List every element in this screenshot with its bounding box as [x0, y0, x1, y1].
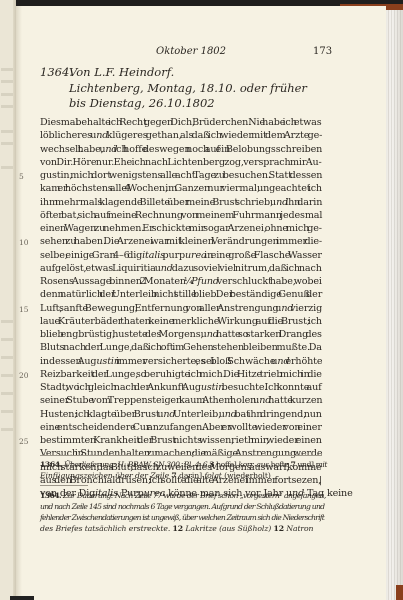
commentary-line: fehlender Zwischendatierungen ist ungewi… [40, 513, 324, 522]
text-segment: laue Kräuterbäder thaten keine merkliche… [40, 316, 322, 327]
body-line: Reizbarkeit der Lunge, so beruhigte ich … [40, 369, 322, 380]
footnote-divider [40, 455, 322, 456]
facing-page-text-fragment [1, 356, 13, 359]
text-segment: in eine große Flasche Wasser [207, 250, 322, 261]
text-segment: sehen zu haben. Die Arzenei war mit klei… [40, 236, 322, 247]
text-segment: ustin [96, 356, 119, 367]
commentary-divider [40, 485, 88, 486]
scanner-background-bottom [10, 596, 34, 600]
body-line: denn natürlich der Unterleib nicht still… [40, 289, 322, 300]
apparatus-line: Einfügungszeichen über der Zeile 7 darin… [40, 471, 271, 480]
text-segment: hofte [269, 460, 291, 469]
letter-number: 1364. [40, 65, 73, 79]
text-segment: selbe; einige Gran 4–6 dig [40, 250, 142, 261]
body-line: Luft, sanfte Bewegung, Entfernung von al… [40, 303, 322, 314]
text-segment: Natron [286, 524, 313, 533]
body-line: eine entscheidendere Cur anzufangen. Abe… [40, 422, 322, 433]
text-segment: Luft, sanfte Bewegung, Entfernung von al… [40, 303, 281, 314]
commentary-line: des Briefes tatsächlich erstreckte. 12 L… [40, 524, 313, 533]
text-segment: Diesmal behalte ich Recht gegen Dich, Br… [40, 117, 322, 128]
body-line: sehen zu haben. Die Arzenei war mit klei… [40, 236, 322, 247]
body-line: Stadt, wo ich gleich nach der Ankunft Au… [40, 382, 322, 393]
text-segment: von Dir. Höre nur. Ehe ich nach Lichtenb… [40, 157, 322, 168]
body-line: löblicheres und klügeres gethan, als daß… [40, 130, 322, 141]
text-segment: denn natürlich der Unterleib nicht still… [40, 289, 322, 300]
text-segment: darin] [177, 471, 205, 480]
text-segment: indessen Aug [40, 356, 96, 367]
text-segment: bestimmten Krankheit der Brust nichts wi… [40, 435, 322, 446]
text-segment: Überlieferung: H: BBAW, SN 300, Bl. 4–6 [64, 460, 207, 469]
text-segment: besuchte. Ich konnte auf [224, 382, 321, 393]
body-line: wechselt habe, und ich hoffe deswegen no… [40, 144, 322, 155]
body-line: Bluts nach der Lunge, daß ich oft im Geh… [40, 342, 322, 353]
facing-page-text-fragment [1, 105, 13, 108]
text-segment: nd [276, 197, 288, 208]
text-segment: nd [207, 329, 219, 340]
text-segment: bat ihn dringend, nun [237, 409, 322, 420]
apparatus-line: 1364. Überlieferung: H: BBAW, SN 300, Bl… [40, 460, 327, 469]
text-segment: ich hoffe deswegen noch auf ein Belobung… [117, 144, 322, 155]
body-line: laue Kräuterbäder thaten keine merkliche… [40, 316, 322, 327]
text-segment: verschluckt habe, wobei [219, 276, 322, 287]
text-segment: Einfügungszeichen über der Zeile [40, 471, 169, 480]
body-line: Rosens Aussage binnen 2 Monaten ¼ Pfund … [40, 276, 322, 287]
text-segment: mit [316, 460, 328, 469]
body-line: gustin, mich dort wenigstens alle acht T… [40, 170, 322, 181]
facing-page-text-fragment [1, 338, 13, 341]
text-segment: nd [281, 303, 293, 314]
line-number: 10 [19, 238, 29, 247]
text-segment: löblicheres u [40, 130, 96, 141]
text-segment: ihn darin [288, 197, 322, 208]
page-block-lines [386, 10, 401, 600]
body-line: kam er höchstens alle 4 Wochen, im Ganze… [40, 183, 322, 194]
facing-page-text-fragment [1, 130, 13, 133]
body-line: von Dir. Höre nur. Ehe ich nach Lichtenb… [40, 157, 322, 168]
text-segment: Reizbarkeit der Lunge, so beruhigte ich … [40, 369, 322, 380]
text-segment: seiner Stube vom Treppensteigen kaum Ath… [40, 395, 259, 406]
text-segment: 1364. [40, 460, 62, 469]
text-segment: Unterleib, u [175, 409, 224, 420]
text-segment: Rosens Aussage binnen 2 Monaten ¼ [40, 276, 191, 287]
facing-page-text-fragment [1, 320, 13, 323]
body-line: bestimmten Krankheit der Brust nichts wi… [40, 435, 322, 446]
text-segment: eine entscheidendere Cur anzufangen. Abe… [40, 422, 322, 433]
facing-page-text-fragment [1, 142, 13, 145]
body-line: Husten; ich klagte über Brust und Unterl… [40, 409, 322, 420]
text-segment: hatte kurzen [271, 395, 322, 406]
text-segment: nd [225, 409, 237, 420]
page-number: 173 [313, 46, 332, 57]
text-segment: erhöhte [289, 356, 322, 367]
text-segment: immer versicherte, es sei bloß Schwäche … [120, 356, 278, 367]
body-line: blieb engbrüstig, hustete des Morgens, u… [40, 329, 322, 340]
text-segment: italis [142, 250, 165, 261]
commentary-line: 1364. Zur Datierung: Nach Zeile 77 wurde… [40, 491, 326, 500]
text-segment: urea [185, 250, 207, 261]
line-number: 5 [19, 172, 24, 181]
line-number: 15 [19, 305, 29, 314]
facing-page-text-fragment [1, 410, 13, 413]
facing-page-edge [0, 0, 16, 600]
letter-place-date: Lichtenberg, Montag, 18.10. oder früher [69, 81, 307, 95]
facing-page-text-fragment [1, 93, 13, 96]
text-segment: einen Wagen zu nehmen. Er schickte mir s… [40, 223, 322, 234]
text-segment: aufgelöst, etwas Liquiritia u [40, 263, 161, 274]
text-segment: gustin, mich dort wenigstens alle acht T… [40, 170, 322, 181]
text-segment: nd [161, 263, 173, 274]
body-line: indessen Augustin immer versicherte, es … [40, 356, 322, 367]
text-segment: ihm mehrmals klagende Billete über meine… [40, 197, 276, 208]
text-segment: des Briefes tatsächlich erstreckte. [40, 524, 170, 533]
text-segment: Lakritze (aus Süßholz) [185, 524, 271, 533]
text-segment: Husten; ich klagte über Brust u [40, 409, 163, 420]
text-segment: klügeres gethan, als daß ich wieder mit … [108, 130, 322, 141]
text-segment: dazu soviel viel nitrum, daß ich nach [173, 263, 322, 274]
facing-page-text-fragment [1, 68, 13, 71]
text-segment: Zur Datierung: Nach Zeile 77 wurde der B… [63, 491, 326, 500]
text-segment: folgt [204, 471, 221, 480]
body-line: selbe; einige Gran 4–6 digitalis purpure… [40, 250, 322, 261]
text-segment: öfter bat, sich auf meine Rechnung von m… [40, 210, 322, 221]
text-segment: Stadt, wo ich gleich nach der Ankunft Au… [40, 382, 201, 393]
text-segment: nd [259, 395, 271, 406]
facing-page-text-fragment [1, 428, 13, 431]
text-segment: Versuch in Stundenhalten zu machen; die … [40, 448, 322, 459]
body-line: Versuch in Stundenhalten zu machen; die … [40, 448, 322, 459]
text-segment: vierzig [293, 303, 322, 314]
text-segment: korr. aus [238, 460, 268, 469]
text-segment: wechselt habe, u [40, 144, 105, 155]
book-cover-edge-bottom [396, 585, 403, 600]
text-segment: nd [163, 409, 175, 420]
text-segment: nd [105, 144, 117, 155]
text-segment: fehlender Zwischendatierungen ist ungewi… [40, 513, 324, 522]
body-line: seiner Stube vom Treppensteigen kaum Ath… [40, 395, 322, 406]
text-segment: und nach Zeile 145 sind nochmals 6 Tage … [40, 502, 324, 511]
text-segment: Pfund [191, 276, 219, 287]
commentary-line: und nach Zeile 145 sind nochmals 6 Tage … [40, 502, 324, 511]
spine-shadow [16, 6, 22, 600]
text-segment: 1364. [40, 491, 61, 500]
body-line: aufgelöst, etwas Liquiritia und dazu sov… [40, 263, 322, 274]
text-segment: kam er höchstens alle 4 Wochen, im Ganze… [40, 183, 322, 194]
body-line: Diesmal behalte ich Recht gegen Dich, Br… [40, 117, 322, 128]
facing-page-text-fragment [1, 80, 13, 83]
text-segment: (wiederholt) [222, 471, 271, 480]
facing-page-text-fragment [1, 374, 13, 377]
facing-page-text-fragment [1, 166, 13, 169]
body-line: öfter bat, sich auf meine Rechnung von m… [40, 210, 322, 221]
text-segment: nd [96, 130, 108, 141]
text-segment: hatte so starken Drang des [219, 329, 322, 340]
text-segment: 12 [173, 524, 184, 533]
text-segment: hoffe] [214, 460, 238, 469]
running-header: Oktober 1802 [156, 46, 226, 57]
text-segment: und] [295, 460, 315, 469]
text-segment: ustin [201, 382, 224, 393]
letter-date-range: bis Dienstag, 26.10.1802 [69, 96, 215, 110]
text-segment: 12 [273, 524, 284, 533]
letter-sender: Von L.F. Heindorf. [69, 65, 174, 79]
body-line: ihm mehrmals klagende Billete über meine… [40, 197, 322, 208]
body-line: einen Wagen zu nehmen. Er schickte mir s… [40, 223, 322, 234]
text-segment: nd [277, 356, 289, 367]
text-segment: Bluts nach der Lunge, daß ich oft im Geh… [40, 342, 322, 353]
text-segment: purp [165, 250, 185, 261]
text-segment: blieb engbrüstig, hustete des Morgens, u [40, 329, 207, 340]
facing-page-text-fragment [1, 392, 13, 395]
line-number: 20 [19, 371, 29, 380]
line-number: 25 [19, 437, 29, 446]
